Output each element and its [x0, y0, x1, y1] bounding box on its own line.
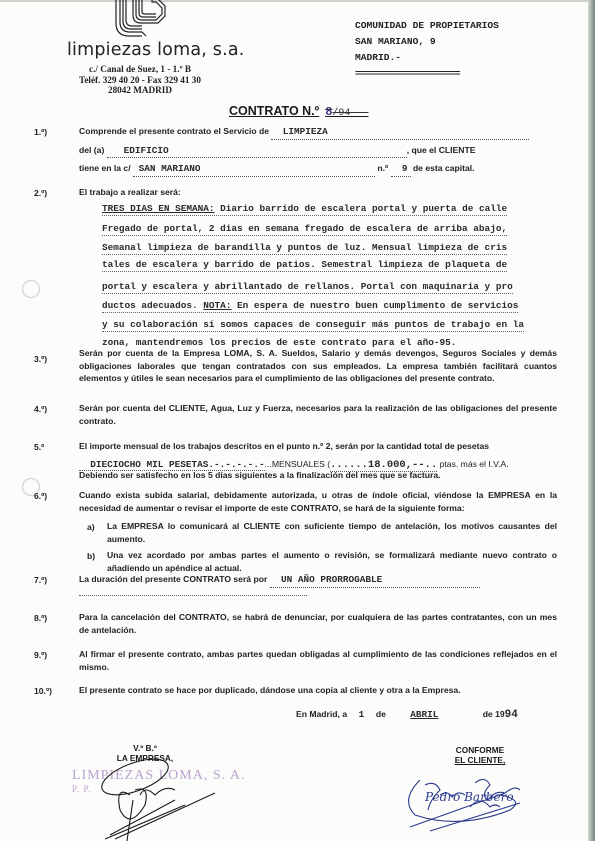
clause-number: 9.º): [34, 650, 47, 660]
recipient-line: COMUNIDAD DE PROPIETARIOS: [355, 18, 499, 34]
clause-number: 5.º: [34, 442, 44, 452]
work-description-line: Fregado de portal, 2 dias en semana freg…: [102, 223, 507, 236]
recipient-underline: ======================: [355, 66, 499, 82]
phone-line: Teléf. 329 40 20 - Fax 329 41 30: [70, 75, 210, 86]
page-top-edge: [0, 0, 595, 2]
date-day-field[interactable]: 1: [349, 709, 373, 722]
subclause-label: b): [87, 551, 95, 561]
number-field[interactable]: 9: [391, 163, 411, 177]
object-value: EDIFICIO: [124, 145, 169, 156]
work-description-line: y su colaboración si somos capaces de co…: [102, 319, 524, 332]
note-label: NOTA:: [203, 300, 231, 311]
clause-6-text: Cuando exista subida salarial, debidamen…: [79, 489, 557, 514]
company-logo-icon: [112, 0, 172, 40]
work-description-line: Semanal limpieza de barandilla y puntos …: [102, 242, 507, 255]
clause-5-text: El importe mensual de los trabajos descr…: [79, 440, 557, 453]
clause-number: 3.º): [34, 354, 47, 364]
client-signature-icon: Pedro Barbero: [400, 765, 540, 835]
clause-number: 6.º): [34, 491, 47, 501]
street-value: SAN MARIANO: [139, 163, 201, 174]
clause-2-intro: El trabajo a realizar será:: [79, 186, 181, 199]
clause-number: 2.º): [34, 188, 47, 198]
clause-1-text: n.º: [377, 163, 388, 173]
duration-field-continuation: [79, 595, 307, 596]
punch-hole-mark: [22, 280, 40, 298]
clause-1-text: que el CLIENTE: [411, 145, 475, 155]
service-field[interactable]: LIMPIEZA: [271, 126, 529, 140]
clause-number: 7.º): [34, 575, 47, 585]
work-description-line: ductos adecuados. NOTA: En espera de nue…: [102, 300, 518, 313]
subclause-label: a): [87, 522, 95, 532]
object-field[interactable]: EDIFICIO: [107, 145, 407, 159]
company-address: c./ Canal de Suez, 1 - 1.º B Teléf. 329 …: [70, 64, 210, 96]
street-field[interactable]: SAN MARIANO: [133, 163, 375, 177]
signing-date: En Madrid, a 1 de ABRIL de 1994: [296, 708, 518, 722]
date-year-field[interactable]: 94: [505, 709, 518, 721]
client-signature-label: CONFORME EL CLIENTE,: [430, 745, 530, 765]
contract-number: 8/94: [325, 108, 368, 119]
clause-number: 1.º): [34, 127, 47, 137]
clause-7-text: La duración del presente CONTRATO será p…: [79, 573, 480, 588]
work-description-line: TRES DIAS EN SEMANA: Diario barrido de e…: [102, 203, 507, 216]
clause-number: 10.º): [34, 686, 52, 696]
contract-number-year: /94: [332, 108, 350, 119]
date-month-field[interactable]: ABRIL: [388, 709, 460, 722]
contract-title-label: CONTRATO N.º: [229, 104, 319, 118]
clause-8-text: Para la cancelación del CONTRATO, se hab…: [79, 611, 557, 636]
client-signature-text: Pedro Barbero: [424, 790, 514, 804]
clause-number: 4.º): [34, 404, 47, 414]
company-signature-icon: [75, 755, 225, 841]
clause-1-text: Comprende el presente contrato el Servic…: [79, 126, 269, 136]
clause-1: Comprende el presente contrato el Servic…: [79, 125, 549, 177]
recipient-block: COMUNIDAD DE PROPIETARIOS SAN MARIANO, 9…: [355, 18, 499, 82]
recipient-line: MADRID.-: [355, 50, 499, 66]
clause-6a-text: La EMPRESA lo comunicará al CLIENTE con …: [107, 520, 557, 545]
recipient-line: SAN MARIANO, 9: [355, 34, 499, 50]
clause-1-text: del (a): [79, 145, 104, 155]
address-line: c./ Canal de Suez, 1 - 1.º B: [70, 64, 210, 75]
work-description-line: portal y escalera y abrillantado de rell…: [102, 281, 513, 294]
work-description-line: tales de escalera y barrido de patios. S…: [102, 259, 507, 272]
clause-9-text: Al firmar el presente contrato, ambas pa…: [79, 648, 557, 673]
clause-4-text: Serán por cuenta del CLIENTE, Agua, Luz …: [79, 402, 557, 427]
page-right-edge: [588, 0, 595, 841]
clause-6b-text: Una vez acordado por ambas partes el aum…: [107, 549, 557, 574]
clause-1-text: de esta capital.: [413, 163, 475, 173]
city-line: 28042 MADRID: [70, 85, 210, 96]
clause-1-text: tiene en la c/: [79, 163, 131, 173]
company-name: limpiezas loma, s.a.: [67, 40, 245, 60]
service-value: LIMPIEZA: [283, 126, 328, 137]
clause-10-text: El presente contrato se hace por duplica…: [79, 684, 461, 697]
clause-5-payment: Debiendo ser satisfecho en los 5 días si…: [79, 469, 441, 482]
clause-number: 8.º): [34, 613, 47, 623]
duration-field[interactable]: UN AÑO PRORROGABLE: [270, 574, 480, 588]
contract-title: CONTRATO N.º8/94: [229, 104, 368, 119]
number-value: 9: [402, 163, 408, 174]
clause-3-text: Serán por cuenta de la Empresa LOMA, S. …: [79, 347, 557, 385]
